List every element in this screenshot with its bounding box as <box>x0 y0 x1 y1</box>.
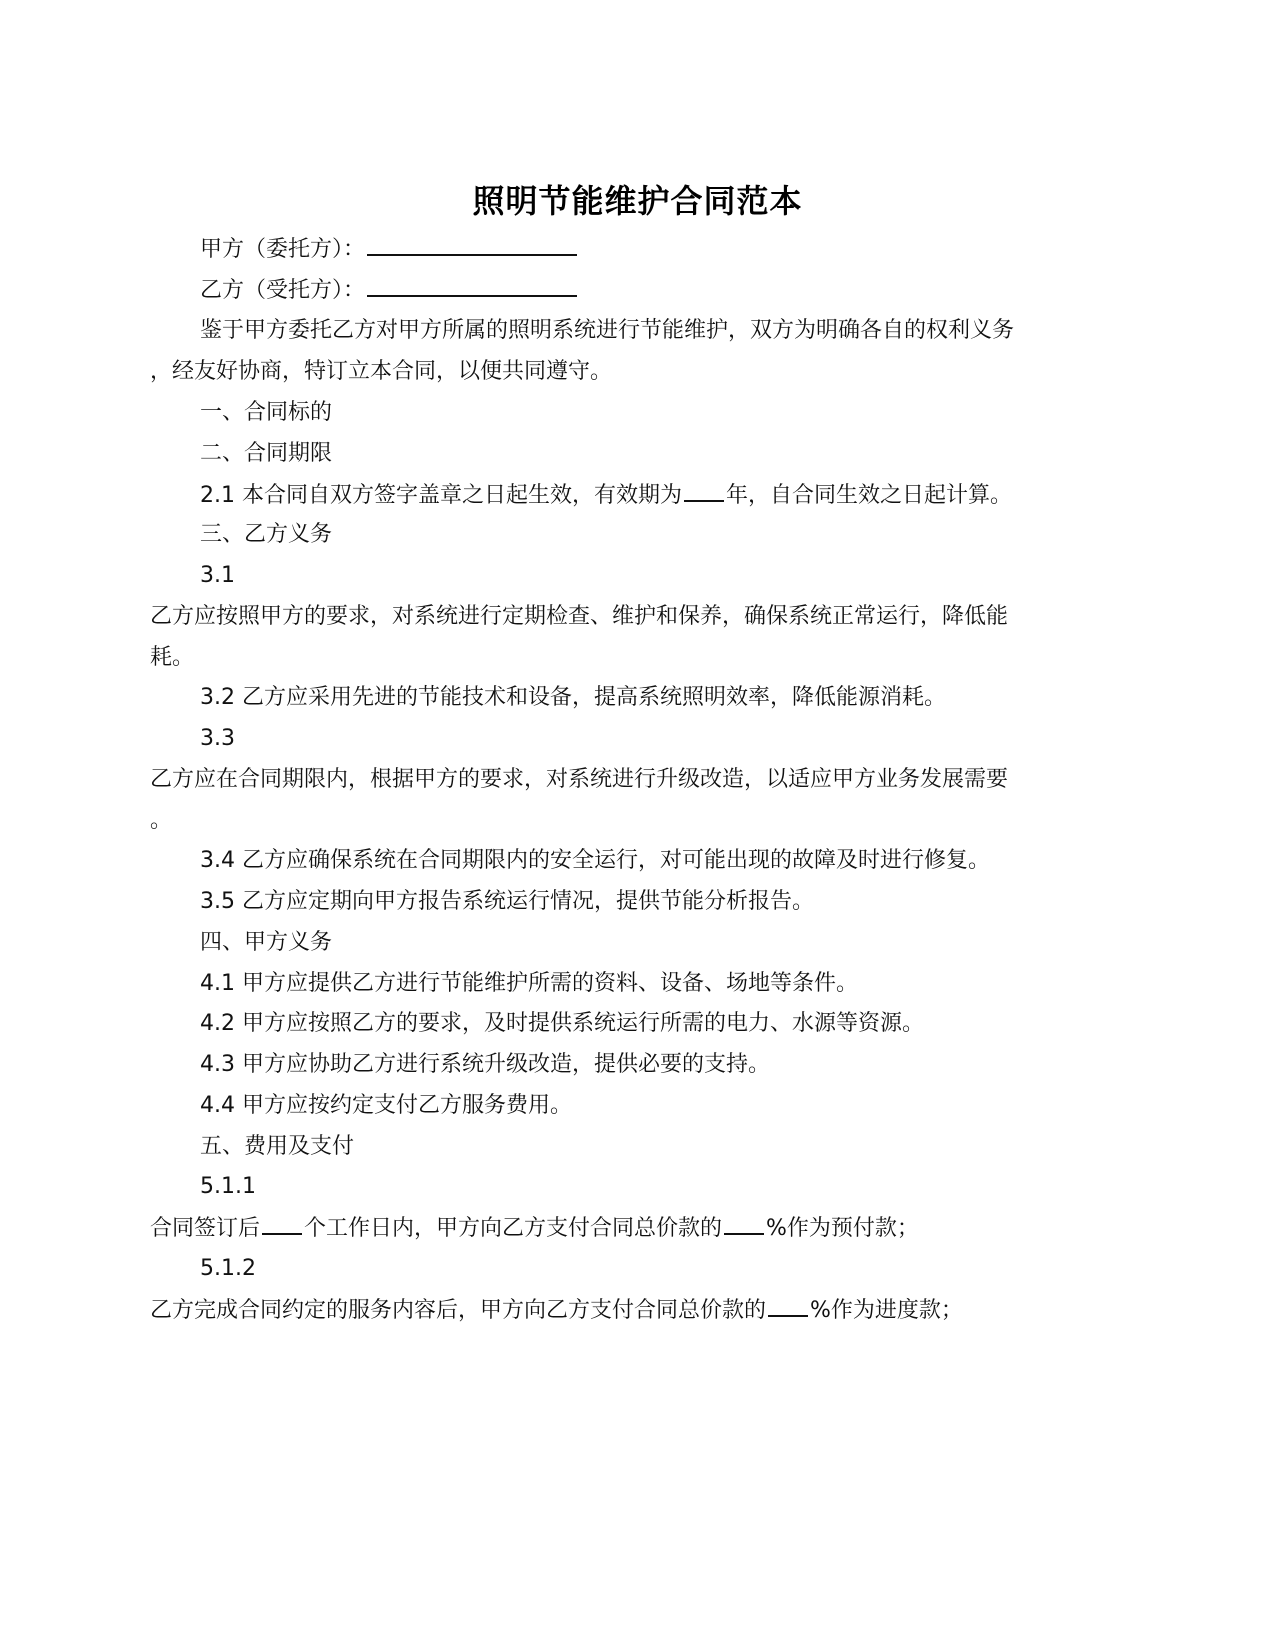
section-1-heading: 一、合同标的 <box>200 398 332 428</box>
party-a-blank[interactable] <box>367 234 577 256</box>
party-b-blank[interactable] <box>367 275 577 297</box>
clause-5-1-2-number: 5.1.2 <box>200 1254 256 1284</box>
clause-3-3-line-1: 乙方应在合同期限内，根据甲方的要求，对系统进行升级改造，以适应甲方业务发展需要 <box>150 765 1008 795</box>
party-b-line: 乙方（受托方）： <box>200 275 579 306</box>
section-5-heading: 五、费用及支付 <box>200 1132 354 1162</box>
clause-4-1: 4.1 甲方应提供乙方进行节能维护所需的资料、设备、场地等条件。 <box>200 969 858 999</box>
clause-5-1-2-text-b: %作为进度款； <box>810 1298 963 1323</box>
preamble-line-1: 鉴于甲方委托乙方对甲方所属的照明系统进行节能维护，双方为明确各自的权利义务 <box>200 316 1014 346</box>
clause-3-4: 3.4 乙方应确保系统在合同期限内的安全运行，对可能出现的故障及时进行修复。 <box>200 846 990 876</box>
clause-5-1-1-text-a: 合同签订后 <box>150 1216 260 1241</box>
clause-5-1-1-text-b: 个工作日内，甲方向乙方支付合同总价款的 <box>304 1216 722 1241</box>
clause-2-1-text-b: 年，自合同生效之日起计算。 <box>726 483 1012 508</box>
document-title: 照明节能维护合同范本 <box>0 176 1275 222</box>
clause-3-1-number: 3.1 <box>200 561 235 591</box>
workdays-blank[interactable] <box>262 1213 302 1235</box>
clause-3-1-line-1: 乙方应按照甲方的要求，对系统进行定期检查、维护和保养，确保系统正常运行，降低能 <box>150 602 1008 632</box>
clause-5-1-2-text-a: 乙方完成合同约定的服务内容后，甲方向乙方支付合同总价款的 <box>150 1298 766 1323</box>
document-page: 照明节能维护合同范本 甲方（委托方）： 乙方（受托方）： 鉴于甲方委托乙方对甲方… <box>0 0 1275 1650</box>
clause-4-2: 4.2 甲方应按照乙方的要求，及时提供系统运行所需的电力、水源等资源。 <box>200 1009 924 1039</box>
progress-percent-blank[interactable] <box>768 1295 808 1317</box>
preamble-line-2: ，经友好协商，特订立本合同，以便共同遵守。 <box>150 357 612 387</box>
section-4-heading: 四、甲方义务 <box>200 928 332 958</box>
clause-3-3-number: 3.3 <box>200 724 235 754</box>
party-a-label: 甲方（委托方）： <box>200 237 365 262</box>
clause-3-2: 3.2 乙方应采用先进的节能技术和设备，提高系统照明效率，降低能源消耗。 <box>200 683 946 713</box>
clause-3-1-line-2: 耗。 <box>150 643 194 673</box>
clause-5-1-1-text-c: %作为预付款； <box>766 1216 919 1241</box>
party-a-line: 甲方（委托方）： <box>200 234 579 265</box>
clause-4-4: 4.4 甲方应按约定支付乙方服务费用。 <box>200 1091 572 1121</box>
clause-2-1-text-a: 2.1 本合同自双方签字盖章之日起生效，有效期为 <box>200 483 682 508</box>
clause-2-1: 2.1 本合同自双方签字盖章之日起生效，有效期为年，自合同生效之日起计算。 <box>200 480 1012 511</box>
term-years-blank[interactable] <box>684 480 724 502</box>
prepayment-percent-blank[interactable] <box>724 1213 764 1235</box>
section-2-heading: 二、合同期限 <box>200 439 332 469</box>
clause-4-3: 4.3 甲方应协助乙方进行系统升级改造，提供必要的支持。 <box>200 1050 770 1080</box>
party-b-label: 乙方（受托方）： <box>200 278 365 303</box>
clause-5-1-1-text: 合同签订后个工作日内，甲方向乙方支付合同总价款的%作为预付款； <box>150 1213 919 1244</box>
clause-3-3-line-2: 。 <box>150 806 172 836</box>
section-3-heading: 三、乙方义务 <box>200 520 332 550</box>
clause-3-5: 3.5 乙方应定期向甲方报告系统运行情况，提供节能分析报告。 <box>200 887 814 917</box>
clause-5-1-1-number: 5.1.1 <box>200 1172 256 1202</box>
clause-5-1-2-text: 乙方完成合同约定的服务内容后，甲方向乙方支付合同总价款的%作为进度款； <box>150 1295 963 1326</box>
